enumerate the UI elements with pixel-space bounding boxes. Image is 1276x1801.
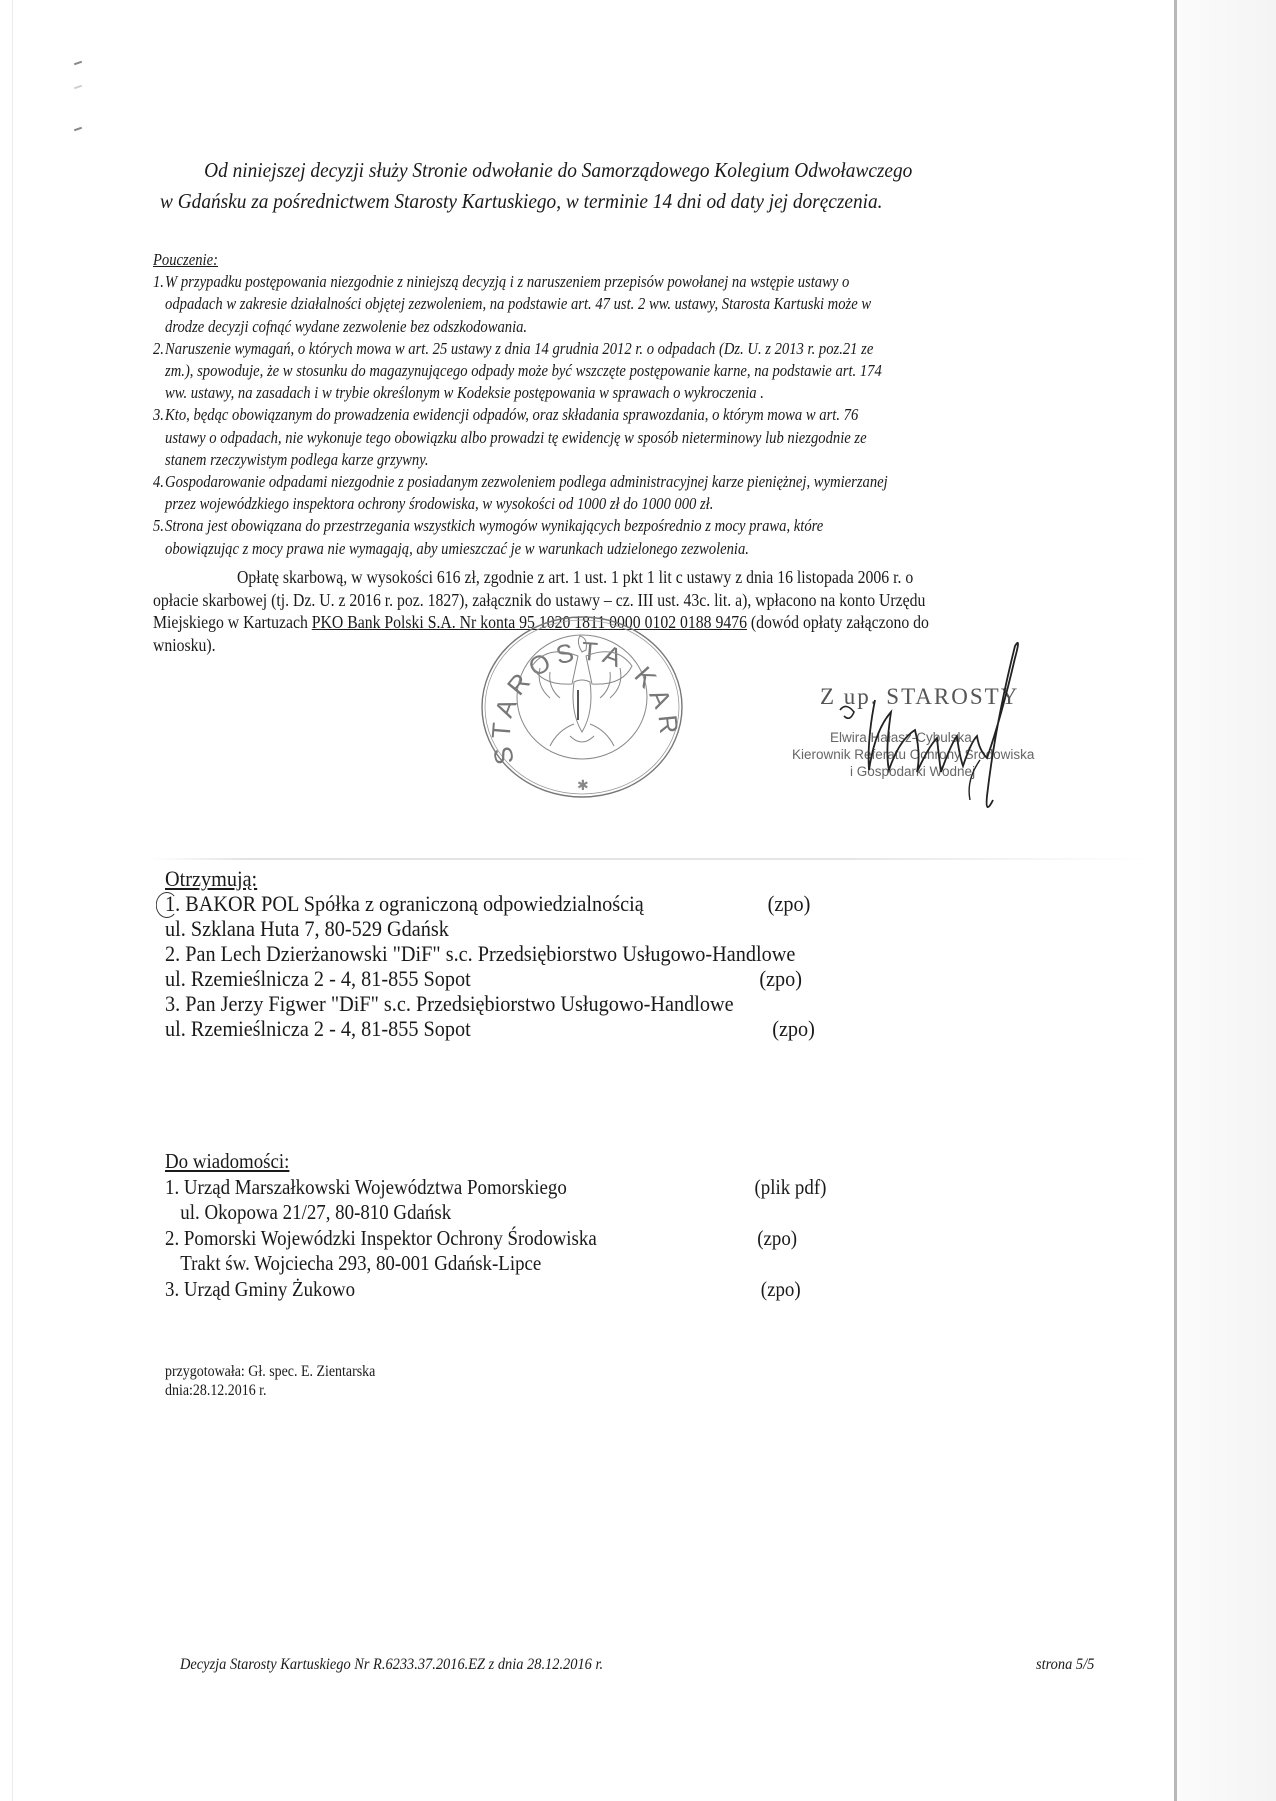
recipient-number: 3. bbox=[165, 991, 185, 1016]
instruction-item-text: drodze decyzji cofnąć wydane zezwolenie … bbox=[153, 316, 1099, 338]
instruction-item-text: przez wojewódzkiego inspektora ochrony ś… bbox=[153, 493, 1099, 515]
info-recipient-number: 1. bbox=[165, 1175, 184, 1199]
instruction-item-text: W przypadku postępowania niezgodnie z ni… bbox=[165, 272, 849, 291]
recipient-name-row: 2. Pan Lech Dzierżanowski "DiF" s.c. Prz… bbox=[165, 941, 993, 966]
instruction-item-text: Naruszenie wymagań, o których mowa w art… bbox=[165, 339, 873, 358]
for-information-list: 1. Urząd Marszałkowski Województwa Pomor… bbox=[165, 1175, 975, 1303]
recipients-heading: Otrzymują: bbox=[165, 866, 993, 891]
info-recipient-address: Trakt św. Wojciecha 293, 80-001 Gdańsk-L… bbox=[180, 1251, 541, 1275]
svg-text:✱: ✱ bbox=[577, 778, 589, 794]
recipient-address: ul. Rzemieślnicza 2 - 4, 81-855 Sopot bbox=[165, 966, 471, 991]
instruction-item-number: 1. bbox=[153, 271, 165, 293]
instruction-item: 4.Gospodarowanie odpadami niezgodnie z p… bbox=[153, 471, 1099, 493]
info-recipient-number: 2. bbox=[165, 1226, 184, 1250]
info-recipient-name: Urząd Marszałkowski Województwa Pomorski… bbox=[184, 1175, 567, 1199]
instruction-item-number: 2. bbox=[153, 338, 165, 360]
info-recipient-row: 1. Urząd Marszałkowski Województwa Pomor… bbox=[165, 1175, 975, 1201]
recipient-address-row: ul. Rzemieślnicza 2 - 4, 81-855 Sopot(zp… bbox=[165, 966, 993, 991]
appeal-notice-line: w Gdańsku za pośrednictwem Starosty Kart… bbox=[160, 186, 1034, 217]
fee-line-prefix: Miejskiego w Kartuzach bbox=[153, 612, 312, 632]
instruction-heading: Pouczenie: bbox=[153, 249, 1099, 271]
instruction-list: 1.W przypadku postępowania niezgodnie z … bbox=[153, 271, 1099, 560]
info-recipient-address: ul. Okopowa 21/27, 80-810 Gdańsk bbox=[180, 1200, 451, 1224]
official-seal-stamp: STAROSTA KARTUSKI ✱ bbox=[470, 612, 695, 802]
recipient-number: 1. bbox=[165, 891, 185, 916]
delivery-method: (zpo) bbox=[761, 1277, 801, 1303]
appeal-notice-line: Od niniejszej decyzji służy Stronie odwo… bbox=[160, 155, 1034, 186]
instruction-item-number: 3. bbox=[153, 404, 165, 426]
prepared-date: dnia:28.12.2016 r. bbox=[165, 1381, 375, 1400]
info-recipient-address-row: Trakt św. Wojciecha 293, 80-001 Gdańsk-L… bbox=[165, 1251, 975, 1277]
instruction-item: 3.Kto, będąc obowiązanym do prowadzenia … bbox=[153, 404, 1099, 426]
delivery-method: (zpo) bbox=[772, 1016, 815, 1041]
recipient-number: 2. bbox=[165, 941, 185, 966]
instruction-item-text: stanem rzeczywistym podlega karze grzywn… bbox=[153, 449, 1099, 471]
recipient-name: Pan Lech Dzierżanowski "DiF" s.c. Przeds… bbox=[185, 941, 795, 966]
page-margin-shadow bbox=[1177, 0, 1276, 1801]
recipient-address-row: ul. Rzemieślnicza 2 - 4, 81-855 Sopot(zp… bbox=[165, 1016, 993, 1041]
fee-line-suffix: (dowód opłaty załączono do bbox=[747, 612, 929, 632]
prepared-by: przygotowała: Gł. spec. E. Zientarska dn… bbox=[165, 1362, 375, 1400]
punch-hole-marks bbox=[74, 62, 84, 142]
info-recipient-name: Pomorski Wojewódzki Inspektor Ochrony Śr… bbox=[184, 1226, 597, 1250]
appeal-notice: Od niniejszej decyzji służy Stronie odwo… bbox=[160, 155, 1034, 217]
recipient-name-row: 1. BAKOR POL Spółka z ograniczoną odpowi… bbox=[165, 891, 993, 916]
recipient-name-row: 3. Pan Jerzy Figwer "DiF" s.c. Przedsięb… bbox=[165, 991, 993, 1016]
instruction-item-text: zm.), spowoduje, że w stosunku do magazy… bbox=[153, 360, 1099, 382]
delivery-method: (zpo) bbox=[759, 966, 802, 991]
recipient-address-row: ul. Szklana Huta 7, 80-529 Gdańsk bbox=[165, 916, 993, 941]
info-recipient-name: Urząd Gminy Żukowo bbox=[184, 1277, 355, 1301]
recipient-address: ul. Rzemieślnicza 2 - 4, 81-855 Sopot bbox=[165, 1016, 471, 1041]
instruction-section: Pouczenie: 1.W przypadku postępowania ni… bbox=[153, 249, 1099, 560]
instruction-item: 5.Strona jest obowiązana do przestrzegan… bbox=[153, 515, 1099, 537]
page-edge-rule bbox=[1174, 0, 1177, 1801]
prepared-by-line: przygotowała: Gł. spec. E. Zientarska bbox=[165, 1362, 375, 1381]
scan-edge bbox=[12, 0, 13, 1801]
info-recipient-row: 2. Pomorski Wojewódzki Inspektor Ochrony… bbox=[165, 1226, 975, 1252]
instruction-item-text: Kto, będąc obowiązanym do prowadzenia ew… bbox=[165, 405, 858, 424]
info-recipient-address-row: ul. Okopowa 21/27, 80-810 Gdańsk bbox=[165, 1200, 975, 1226]
for-information-heading: Do wiadomości: bbox=[165, 1149, 975, 1175]
recipients-section: Otrzymują: 1. BAKOR POL Spółka z ogranic… bbox=[165, 866, 993, 1041]
scan-artifact-line bbox=[150, 858, 1150, 860]
info-recipient-number: 3. bbox=[165, 1277, 184, 1301]
instruction-item-number: 5. bbox=[153, 515, 165, 537]
instruction-item-number: 4. bbox=[153, 471, 165, 493]
eagle-seal-icon: STAROSTA KARTUSKI ✱ bbox=[470, 612, 695, 802]
recipient-name: BAKOR POL Spółka z ograniczoną odpowiedz… bbox=[185, 891, 643, 916]
instruction-item-text: ustawy o odpadach, nie wykonuje tego obo… bbox=[153, 427, 1099, 449]
info-recipient-row: 3. Urząd Gminy Żukowo(zpo) bbox=[165, 1277, 975, 1303]
fee-line: opłacie skarbowej (tj. Dz. U. z 2016 r. … bbox=[153, 589, 1142, 612]
instruction-item-text: Strona jest obowiązana do przestrzegania… bbox=[165, 516, 823, 535]
instruction-item-text: obowiązując z mocy prawa nie wymagają, a… bbox=[153, 538, 1099, 560]
instruction-item-text: odpadach w zakresie działalności objętej… bbox=[153, 293, 1099, 315]
delivery-method: (zpo) bbox=[768, 891, 811, 916]
recipient-address: ul. Szklana Huta 7, 80-529 Gdańsk bbox=[165, 916, 449, 941]
instruction-item: 2.Naruszenie wymagań, o których mowa w a… bbox=[153, 338, 1099, 360]
delivery-method: (zpo) bbox=[757, 1226, 797, 1252]
decision-reference-footer: Decyzja Starosty Kartuskiego Nr R.6233.3… bbox=[180, 1656, 603, 1674]
instruction-item: 1.W przypadku postępowania niezgodnie z … bbox=[153, 271, 1099, 293]
instruction-item-text: Gospodarowanie odpadami niezgodnie z pos… bbox=[165, 472, 888, 491]
fee-line: Opłatę skarbową, w wysokości 616 zł, zgo… bbox=[153, 566, 1142, 589]
recipient-name: Pan Jerzy Figwer "DiF" s.c. Przedsiębior… bbox=[185, 991, 733, 1016]
instruction-item-text: ww. ustawy, na zasadach i w trybie okreś… bbox=[153, 382, 1099, 404]
signature-block: Z up. STAROSTY Elwira Hałasz-Cybulska Ki… bbox=[780, 640, 1080, 820]
recipient-list: 1. BAKOR POL Spółka z ograniczoną odpowi… bbox=[165, 891, 993, 1041]
delivery-method: (plik pdf) bbox=[755, 1175, 827, 1201]
page-number: strona 5/5 bbox=[1036, 1656, 1094, 1674]
handwritten-signature-icon bbox=[780, 640, 1080, 820]
for-information-section: Do wiadomości: 1. Urząd Marszałkowski Wo… bbox=[165, 1149, 975, 1302]
